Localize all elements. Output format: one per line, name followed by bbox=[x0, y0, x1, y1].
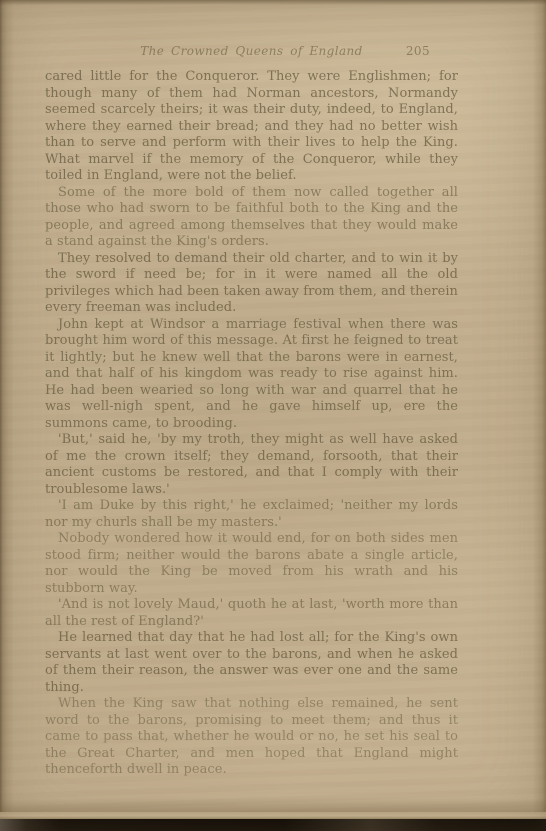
page-edge-shadow-top bbox=[0, 0, 546, 5]
body-paragraph: They resolved to demand their old charte… bbox=[45, 251, 458, 317]
running-header: The Crowned Queens of England 205 bbox=[45, 44, 458, 60]
body-paragraph: John kept at Windsor a marriage festival… bbox=[45, 317, 458, 433]
page-number: 205 bbox=[406, 44, 430, 58]
page-edge-shadow-left bbox=[0, 0, 14, 831]
background-dark-band bbox=[0, 819, 546, 831]
page-bottom-shadow bbox=[0, 798, 546, 812]
body-paragraph: 'But,' said he, 'by my troth, they might… bbox=[45, 432, 458, 498]
page-edge-shadow-right bbox=[533, 0, 546, 831]
page-content: The Crowned Queens of England 205 cared … bbox=[45, 44, 458, 779]
book-page-photo: The Crowned Queens of England 205 cared … bbox=[0, 0, 546, 831]
body-paragraph: cared little for the Conqueror. They wer… bbox=[45, 69, 458, 185]
body-paragraph: When the King saw that nothing else rema… bbox=[45, 696, 458, 779]
body-paragraph: Nobody wondered how it would end, for on… bbox=[45, 531, 458, 597]
page-bottom-edge bbox=[0, 812, 546, 819]
body-paragraph: He learned that day that he had lost all… bbox=[45, 630, 458, 696]
body-paragraph: Some of the more bold of them now called… bbox=[45, 185, 458, 251]
body-text: cared little for the Conqueror. They wer… bbox=[45, 69, 458, 779]
body-paragraph: 'And is not lovely Maud,' quoth he at la… bbox=[45, 597, 458, 630]
running-header-title: The Crowned Queens of England bbox=[140, 44, 363, 58]
body-paragraph: 'I am Duke by this right,' he exclaimed;… bbox=[45, 498, 458, 531]
